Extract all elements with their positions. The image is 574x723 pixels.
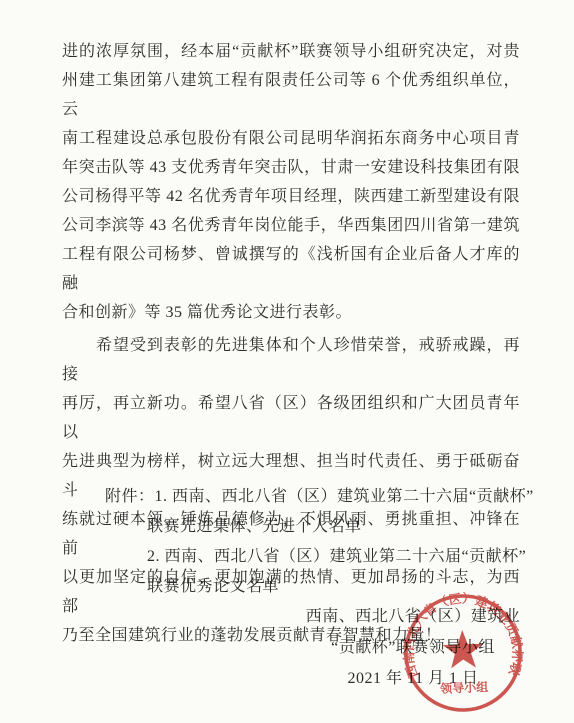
attachment-item-2: 2. 西南、西北八省（区）建筑业第二十六届“贡献杯”	[62, 542, 542, 572]
text-line: 公司李滨等 43 名优秀青年岗位能手，华西集团四川省第一建筑	[62, 211, 520, 240]
text-line: 年突击队等 43 支优秀青年突击队，甘肃一安建设科技集团有限	[62, 153, 520, 182]
paragraph-1: 进的浓厚氛围，经本届“贡献杯”联赛领导小组研究决定，对贵 州建工集团第八建筑工程…	[62, 37, 520, 327]
text-line: 工程有限公司杨梦、曾诚撰写的《浅析国有企业后备人才库的融	[62, 240, 520, 298]
text-line: 南工程建设总承包股份有限公司昆明华润拓东商务中心项目青	[62, 124, 520, 153]
star-icon	[442, 629, 483, 668]
seal-bottom-text: 领导小组	[439, 679, 489, 696]
attachment-item-1-continuation: 联赛先进集体、先进个人名单	[62, 512, 542, 542]
text-line: 州建工集团第八建筑工程有限责任公司等 6 个优秀组织单位，云	[62, 66, 520, 124]
attachment-item-1: 附件：1. 西南、西北八省（区）建筑业第二十六届“贡献杯”	[62, 482, 542, 512]
document-page: 进的浓厚氛围，经本届“贡献杯”联赛领导小组研究决定，对贵 州建工集团第八建筑工程…	[0, 0, 574, 723]
attachment-list: 附件：1. 西南、西北八省（区）建筑业第二十六届“贡献杯” 联赛先进集体、先进个…	[62, 482, 542, 602]
text-line: 进的浓厚氛围，经本届“贡献杯”联赛领导小组研究决定，对贵	[62, 37, 520, 66]
official-seal: 西南西北八省（区）建筑业贡献杯联赛 领导小组	[399, 589, 527, 717]
text-line: 希望受到表彰的先进集体和个人珍惜荣誉，戒骄戒躁，再接	[62, 331, 520, 389]
text-line: 公司杨得平等 42 名优秀青年项目经理，陕西建工新型建设有限	[62, 182, 520, 211]
text-line: 合和创新》等 35 篇优秀论文进行表彰。	[62, 298, 520, 327]
text-line: 再厉，再立新功。希望八省（区）各级团组织和广大团员青年以	[62, 389, 520, 447]
